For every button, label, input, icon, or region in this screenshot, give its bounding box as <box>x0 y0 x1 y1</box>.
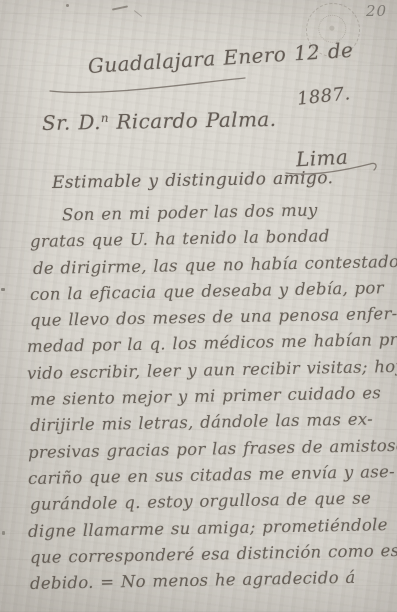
underline-flourish <box>48 76 248 96</box>
recipient-name: Ricardo Palma. <box>108 107 276 134</box>
page-number-annotation: 20 <box>366 2 387 20</box>
letter-page: 20 Guadalajara Enero 12 de 1887. Sr. D.n… <box>0 0 397 612</box>
ink-speck <box>2 531 5 535</box>
ink-speck <box>112 5 128 10</box>
ink-speck <box>1 288 5 291</box>
letter-line: debido. = No menos he agradecido á <box>30 564 392 597</box>
dateline-place-date: Guadalajara Enero 12 de <box>87 38 354 78</box>
recipient-prefix: Sr. D. <box>42 110 101 135</box>
letter-body: Son en mi poder las dos muygratas que U.… <box>26 203 392 597</box>
salutation-line: Estimable y distinguido amigo. <box>52 168 334 193</box>
ink-speck <box>134 10 142 17</box>
ink-speck <box>66 4 69 7</box>
recipient-line: Sr. D.n Ricardo Palma. <box>42 107 277 135</box>
dateline-year: 1887. <box>296 83 351 109</box>
